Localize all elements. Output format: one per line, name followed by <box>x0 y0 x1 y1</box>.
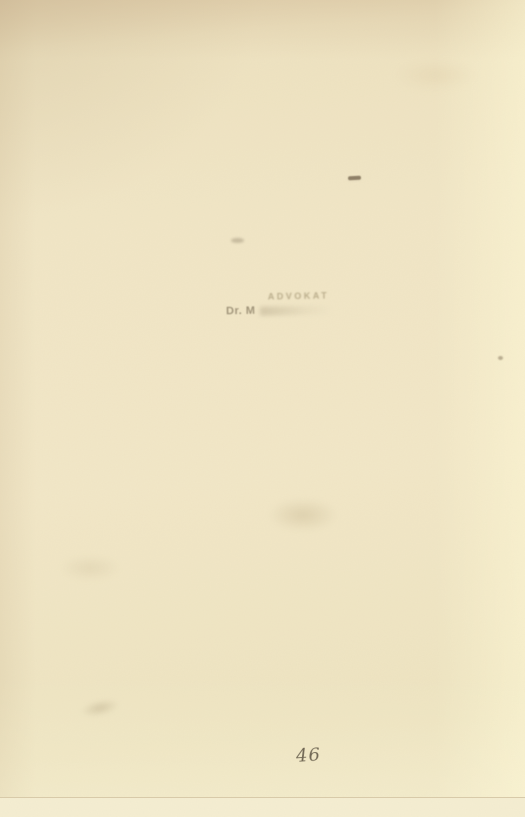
paper-blemish <box>268 498 338 532</box>
ink-smudge <box>231 238 244 243</box>
paper-blemish <box>60 555 120 581</box>
stamp-illegible-fade <box>260 305 332 315</box>
paper-blemish <box>395 60 475 90</box>
ink-speck <box>498 356 503 360</box>
scan-shadow-left <box>0 0 36 817</box>
paper-blemish <box>79 696 121 720</box>
stamp-name-text: Dr. M <box>226 305 256 318</box>
page-bottom-edge <box>0 797 525 817</box>
scan-shadow-top-left <box>0 0 260 220</box>
scanned-book-page: ADVOKAT Dr. M 46 <box>0 0 525 817</box>
ink-speck <box>348 176 361 181</box>
scan-shadow-top <box>0 0 525 60</box>
stamp-title-text: ADVOKAT <box>268 291 330 302</box>
page-number: 46 <box>295 744 321 767</box>
scan-highlight-bottom <box>0 677 525 797</box>
paper-grain-texture <box>0 0 525 817</box>
scan-highlight-right <box>435 0 525 817</box>
faded-ink-stamp: ADVOKAT Dr. M <box>226 287 377 330</box>
